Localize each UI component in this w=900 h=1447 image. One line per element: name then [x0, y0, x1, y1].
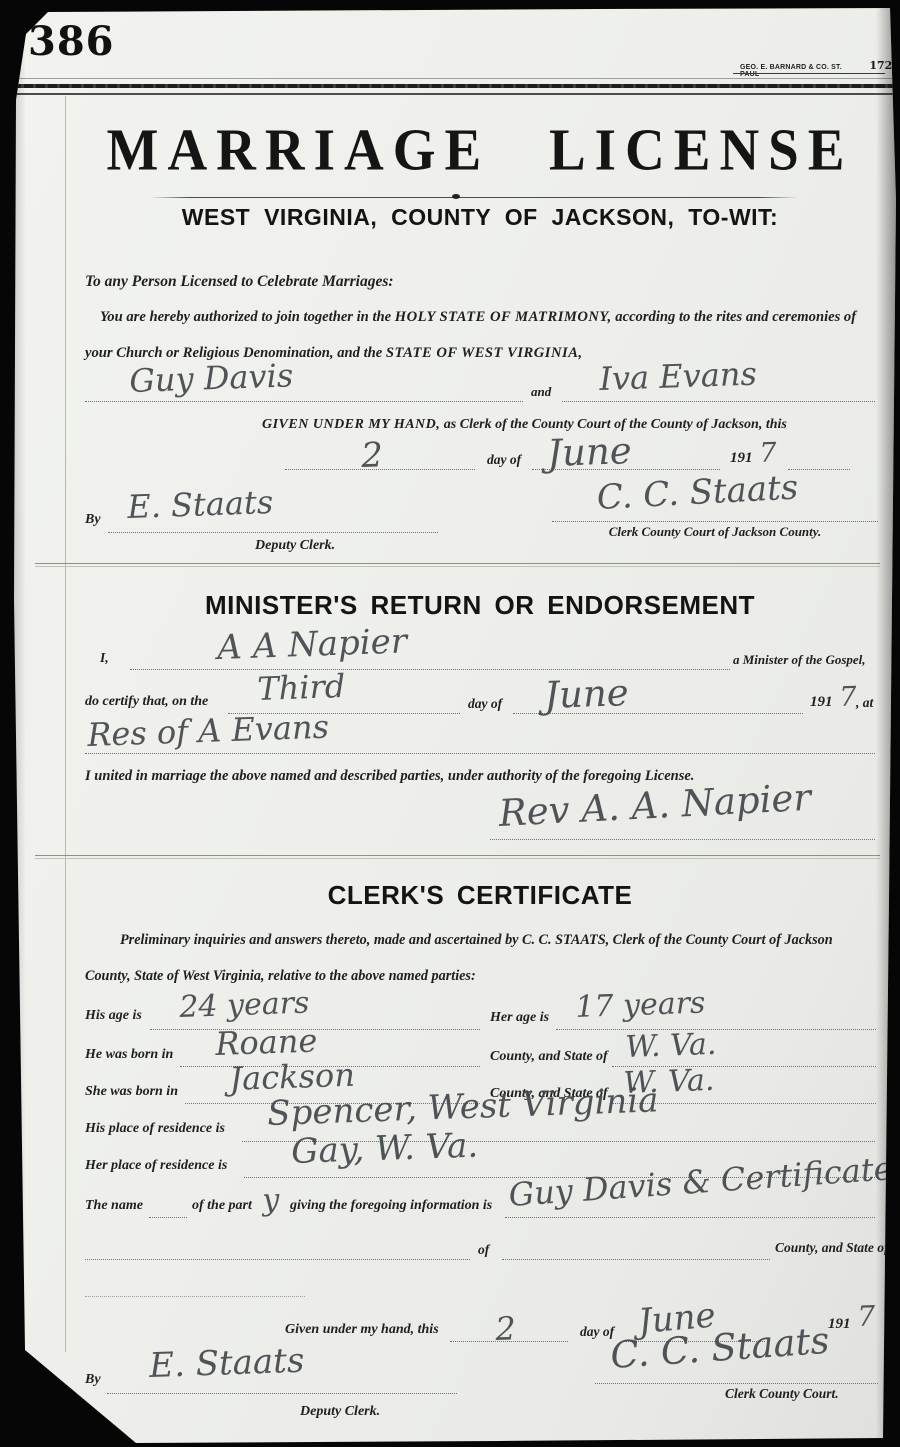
bottom-given-label: Given under my hand, this: [285, 1322, 439, 1338]
minister-signature-line: [490, 838, 875, 840]
i-label: I,: [100, 650, 109, 666]
giving-information-label: giving the foregoing information is: [290, 1198, 492, 1214]
jurisdiction-heading: WEST VIRGINIA, COUNTY OF JACKSON, TO-WIT…: [85, 204, 875, 231]
and-label: and: [531, 384, 551, 400]
his-residence-label: His place of residence is: [85, 1121, 225, 1137]
bottom-deputy-signature-line: [107, 1392, 457, 1394]
bride-name: Iva Evans: [599, 355, 758, 398]
the-name-label: The name: [85, 1198, 143, 1214]
imprint-underline: [733, 73, 885, 74]
bottom-year-handwritten: 7: [857, 1299, 876, 1333]
spare-short-blank: [85, 1295, 305, 1297]
page-edge-shadow-left: [12, 12, 26, 1357]
her-age-label: Her age is: [490, 1010, 549, 1026]
bottom-day-value: 2: [495, 1309, 517, 1348]
party-suffix-handwritten: y: [262, 1182, 280, 1218]
certify-year-handwritten: 7: [839, 681, 857, 713]
bottom-by-label: By: [85, 1372, 101, 1388]
bottom-deputy-clerk-label: Deputy Clerk.: [300, 1404, 380, 1420]
united-in-marriage-line: I united in marriage the above named and…: [85, 768, 694, 785]
section-divider-2: [35, 855, 880, 859]
paper-sheet: 386 GEO. E. BARNARD & CO. ST. PAUL 1721 …: [0, 0, 900, 1447]
section-divider-1: [35, 563, 880, 567]
certify-day-word: Third: [257, 667, 346, 708]
clerk-signature: C. C. Staats: [596, 468, 799, 518]
title-rule: [150, 197, 798, 198]
matrimony-caps: HOLY STATE OF MATRIMONY,: [395, 309, 612, 325]
certify-day-of-label: day of: [468, 696, 502, 712]
he-born-state: W. Va.: [625, 1027, 717, 1065]
informant-blank: [505, 1216, 875, 1218]
bottom-year-printed: 191: [828, 1316, 851, 1333]
printer-imprint: GEO. E. BARNARD & CO. ST. PAUL: [740, 64, 861, 78]
authorization-tail: according to the rites and ceremonies of: [612, 309, 856, 325]
minister-name: A A Napier: [217, 621, 408, 668]
top-rule-thick: [0, 84, 900, 88]
authorization-line-1: You are hereby authorized to join togeth…: [100, 309, 856, 326]
of-the-part-label: of the part: [192, 1198, 252, 1214]
year-handwritten: 7: [759, 437, 777, 469]
top-rule-lower: [0, 93, 900, 95]
clerk-signature-line: [552, 520, 878, 522]
top-rule-thin: [0, 78, 900, 79]
minister-name-line: [130, 668, 730, 670]
of-left-blank: [85, 1258, 470, 1260]
clerk-intro-line-1: Preliminary inquiries and answers theret…: [120, 932, 833, 949]
bottom-deputy-signature: E. Staats: [149, 1341, 305, 1386]
bottom-clerk-title-label: Clerk County Court.: [725, 1386, 839, 1402]
title-rule-dot: [452, 194, 460, 199]
groom-name: Guy Davis: [129, 356, 294, 400]
bottom-clerk-signature-line: [595, 1382, 878, 1384]
certify-at-label: , at: [856, 695, 873, 711]
deputy-signature: E. Staats: [127, 483, 274, 526]
her-age-blank: [556, 1028, 876, 1030]
her-residence-label: Her place of residence is: [85, 1158, 227, 1174]
he-born-label: He was born in: [85, 1047, 173, 1063]
clerk-intro-line-2: County, State of West Virginia, relative…: [85, 968, 476, 985]
salutation-line: To any Person Licensed to Celebrate Marr…: [85, 273, 394, 291]
given-under-hand-line: GIVEN UNDER MY HAND, as Clerk of the Cou…: [262, 417, 787, 433]
she-born-label: She was born in: [85, 1084, 178, 1100]
deputy-signature-line: [108, 531, 438, 533]
marriage-place-line: [85, 752, 875, 754]
of-label: of: [478, 1242, 489, 1258]
document-title: MARRIAGE LICENSE: [85, 115, 875, 183]
authorization-line-2: your Church or Religious Denomination, a…: [85, 345, 583, 362]
day-of-label: day of: [487, 452, 521, 468]
given-caps: GIVEN UNDER MY HAND,: [262, 417, 440, 432]
scanned-register-page: 386 GEO. E. BARNARD & CO. ST. PAUL 1721 …: [0, 0, 900, 1447]
certify-label: do certify that, on the: [85, 694, 208, 710]
margin-vertical-rule: [65, 96, 66, 1352]
deputy-clerk-label: Deputy Clerk.: [255, 538, 335, 554]
minister-section-heading: MINISTER'S RETURN OR ENDORSEMENT: [85, 590, 875, 621]
bride-name-line: [562, 400, 875, 402]
day-value: 2: [361, 435, 384, 476]
year-printed: 191: [730, 450, 753, 467]
authorization-text: You are hereby authorized to join togeth…: [100, 309, 395, 325]
state-caps: STATE OF WEST VIRGINIA,: [386, 345, 583, 361]
certify-year-printed: 191: [810, 694, 833, 711]
of-right-blank: [502, 1258, 770, 1260]
informant-name: Guy Davis & Certificate: [507, 1149, 893, 1214]
his-age-value: 24 years: [179, 985, 310, 1025]
page-edge-shadow-right: [876, 8, 900, 1447]
county-and-state-of-label: County, and State of: [775, 1240, 889, 1256]
page-number: 386: [28, 18, 115, 65]
marriage-place: Res of A Evans: [87, 708, 330, 754]
by-label: By: [85, 512, 101, 528]
minister-of-gospel-label: a Minister of the Gospel,: [733, 652, 866, 668]
clerk-section-heading: CLERK'S CERTIFICATE: [85, 880, 875, 911]
her-age-value: 17 years: [575, 985, 706, 1025]
clerk-title-label: Clerk County Court of Jackson County.: [552, 524, 878, 540]
name-small-blank: [149, 1216, 187, 1218]
certify-month: June: [543, 671, 629, 717]
year-trailing-dots: [788, 468, 850, 470]
he-born-county-state-label: County, and State of: [490, 1049, 608, 1065]
month-value: June: [546, 429, 632, 475]
his-age-label: His age is: [85, 1008, 142, 1024]
groom-name-line: [85, 400, 523, 402]
her-residence-value: Gay, W. Va.: [291, 1126, 479, 1172]
